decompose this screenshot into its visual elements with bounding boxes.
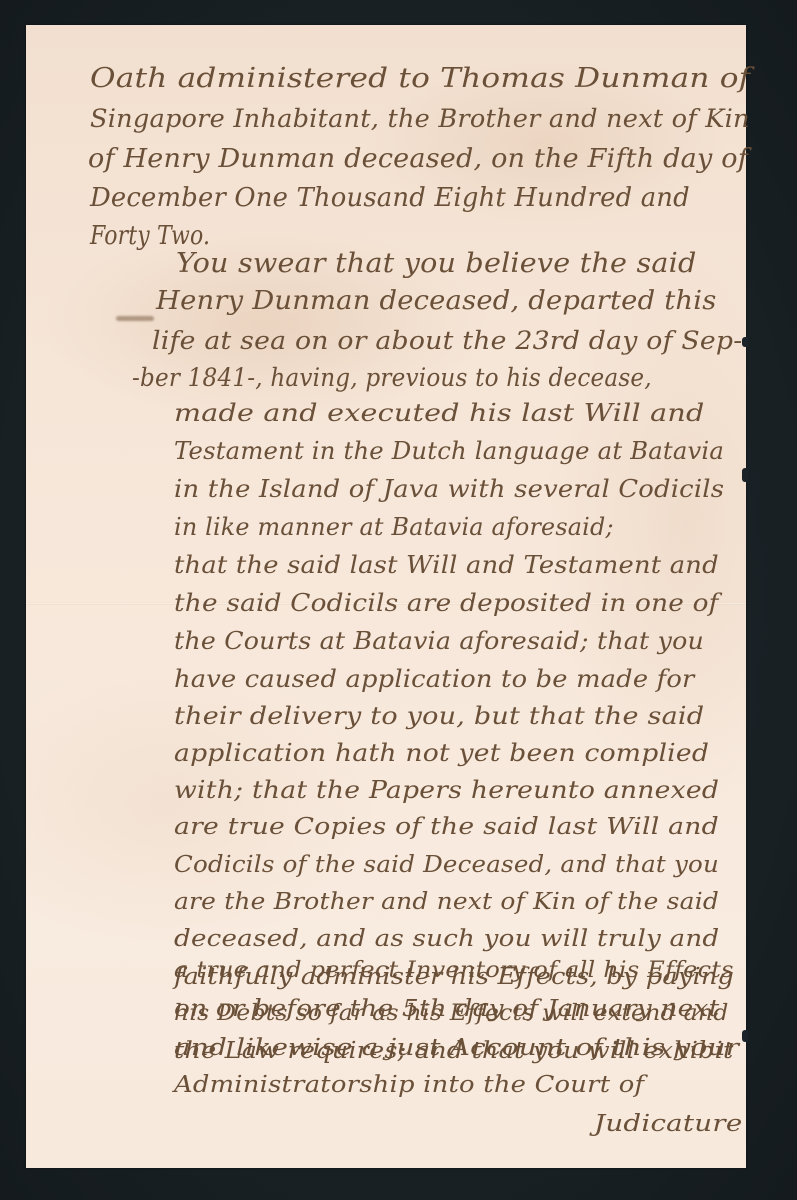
closing-word: Judicature [594,1111,742,1137]
body-line: and likewise a just Account of this your [174,1035,739,1061]
manuscript-text-lower: a true and perfect Inventory of all his … [0,0,797,1200]
body-line: on or before the 5th day of January next [174,996,719,1022]
body-line: Administratorship into the Court of [174,1072,644,1098]
body-line: a true and perfect Inventory of all his … [174,958,734,983]
